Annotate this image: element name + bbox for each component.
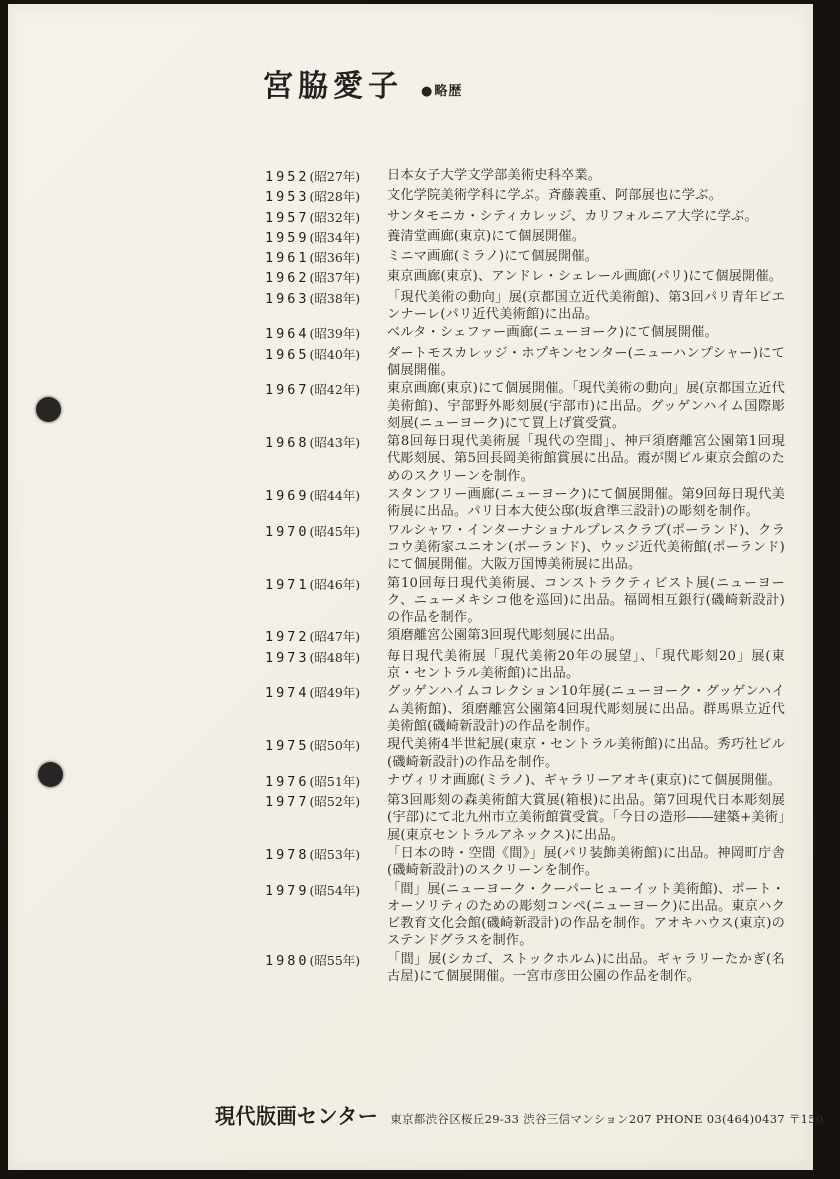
entry-description: ベルタ・シェファー画廊(ニューヨーク)にて個展開催。: [387, 324, 785, 341]
page-header: 宮脇愛子 ●略歴: [263, 70, 462, 103]
entry-year: 1969: [265, 488, 310, 504]
chronology-entry: 1972(昭47年) 須磨離宮公園第3回現代彫刻展に出品。: [265, 627, 785, 646]
chronology-entry: 1968(昭43年) 第8回毎日現代美術展「現代の空間」、神戸須磨離宮公園第1回…: [265, 433, 785, 485]
entry-description: 第3回彫刻の森美術館大賞展(箱根)に出品。第7回現代日本彫刻展(宇部)にて北九州…: [387, 792, 785, 844]
entry-description: スタンフリー画廊(ニューヨーク)にて個展開催。第9回毎日現代美術展に出品。パリ日…: [387, 486, 785, 521]
hole-punch-top: [36, 397, 61, 422]
entry-year-column: 1971(昭46年): [265, 575, 387, 594]
entry-description: 日本女子大学文学部美術史科卒業。: [387, 167, 785, 184]
biography-label-text: 略歴: [434, 84, 462, 99]
chronology-entry: 1967(昭42年) 東京画廊(東京)にて個展開催。「現代美術の動向」展(京都国…: [265, 380, 785, 432]
entry-description: 「間」展(ニューヨーク・クーパーヒューイット美術館)、ポート・オーソリティのため…: [387, 881, 785, 950]
bullet-icon: ●: [421, 84, 433, 99]
entry-year-column: 1972(昭47年): [265, 627, 387, 646]
publisher-logotype: 現代版画センター: [215, 1099, 378, 1129]
entry-year: 1962: [265, 270, 310, 286]
chronology-entry: 1974(昭49年) グッゲンハイムコレクション10年展(ニューヨーク・グッゲン…: [265, 683, 785, 735]
entry-year: 1971: [265, 577, 310, 593]
entry-description: 東京画廊(東京)、アンドレ・シェレール画廊(パリ)にて個展開催。: [387, 268, 785, 285]
entry-description: ワルシャワ・インターナショナルプレスクラブ(ポーランド)、クラコウ美術家ユニオン…: [387, 522, 785, 574]
entry-era: (昭45年): [310, 524, 361, 539]
entry-description: 「間」展(シカゴ、ストックホルム)に出品。ギャラリーたかぎ(名古屋)にて個展開催…: [387, 951, 785, 986]
entry-era: (昭49年): [310, 685, 361, 700]
chronology-entry: 1962(昭37年) 東京画廊(東京)、アンドレ・シェレール画廊(パリ)にて個展…: [265, 268, 785, 287]
entry-year-column: 1980(昭55年): [265, 951, 387, 970]
entry-era: (昭39年): [310, 326, 361, 341]
chronology-entry: 1979(昭54年) 「間」展(ニューヨーク・クーパーヒューイット美術館)、ポー…: [265, 881, 785, 950]
entry-year-column: 1953(昭28年): [265, 187, 387, 206]
chronology-entry: 1973(昭48年) 毎日現代美術展「現代美術20年の展望」、「現代彫刻20」展…: [265, 648, 785, 683]
entry-year: 1963: [265, 291, 310, 307]
entry-description: ミニマ画廊(ミラノ)にて個展開催。: [387, 248, 785, 265]
entry-description: 「現代美術の動向」展(京都国立近代美術館)、第3回パリ青年ビエンナーレ(パリ近代…: [387, 289, 785, 324]
entry-era: (昭46年): [310, 577, 361, 592]
entry-year: 1959: [265, 230, 310, 246]
entry-year-column: 1961(昭36年): [265, 248, 387, 267]
entry-description: 第8回毎日現代美術展「現代の空間」、神戸須磨離宮公園第1回現代彫刻展、第5回長岡…: [387, 433, 785, 485]
entry-year: 1976: [265, 774, 310, 790]
entry-description: 東京画廊(東京)にて個展開催。「現代美術の動向」展(京都国立近代美術館)、宇部野…: [387, 380, 785, 432]
document-page: 宮脇愛子 ●略歴 1952(昭27年) 日本女子大学文学部美術史科卒業。 195…: [8, 4, 813, 1170]
entry-era: (昭32年): [310, 210, 361, 225]
artist-name-title: 宮脇愛子: [263, 70, 403, 103]
entry-description: 毎日現代美術展「現代美術20年の展望」、「現代彫刻20」展(東京・セントラル美術…: [387, 648, 785, 683]
entry-era: (昭40年): [310, 347, 361, 362]
entry-description: ダートモスカレッジ・ホプキンセンター(ニューハンプシャー)にて個展開催。: [387, 345, 785, 380]
entry-year: 1972: [265, 629, 310, 645]
entry-description: 第10回毎日現代美術展、コンストラクティビスト展(ニューヨーク、ニューメキシコ他…: [387, 575, 785, 627]
entry-era: (昭34年): [310, 230, 361, 245]
biography-section-label: ●略歴: [421, 80, 462, 99]
entry-year: 1970: [265, 524, 310, 540]
chronology-list: 1952(昭27年) 日本女子大学文学部美術史科卒業。 1953(昭28年) 文…: [265, 167, 785, 986]
entry-era: (昭28年): [310, 189, 361, 204]
entry-era: (昭38年): [310, 291, 361, 306]
entry-era: (昭51年): [310, 774, 361, 789]
entry-year: 1952: [265, 169, 310, 185]
publisher-address: 東京都渋谷区桜丘29-33 渋谷三信マンション207 PHONE 03(464)…: [390, 1111, 823, 1127]
entry-year: 1977: [265, 794, 310, 810]
chronology-entry: 1975(昭50年) 現代美術4半世紀展(東京・セントラル美術館)に出品。秀巧社…: [265, 736, 785, 771]
entry-year-column: 1968(昭43年): [265, 433, 387, 452]
entry-era: (昭36年): [310, 250, 361, 265]
chronology-entry: 1970(昭45年) ワルシャワ・インターナショナルプレスクラブ(ポーランド)、…: [265, 522, 785, 574]
entry-year-column: 1974(昭49年): [265, 683, 387, 702]
entry-year-column: 1979(昭54年): [265, 881, 387, 900]
entry-year-column: 1970(昭45年): [265, 522, 387, 541]
entry-description: 「日本の時・空間《間》」展(パリ装飾美術館)に出品。神岡町庁舎(磯崎新設計)のス…: [387, 845, 785, 880]
chronology-entry: 1964(昭39年) ベルタ・シェファー画廊(ニューヨーク)にて個展開催。: [265, 324, 785, 343]
entry-era: (昭55年): [310, 953, 361, 968]
entry-year-column: 1959(昭34年): [265, 228, 387, 247]
entry-year: 1965: [265, 347, 310, 363]
entry-year-column: 1964(昭39年): [265, 324, 387, 343]
scanned-page-background: { "page": { "artist_name": "宮脇愛子", "subt…: [0, 0, 840, 1179]
entry-year-column: 1962(昭37年): [265, 268, 387, 287]
entry-year-column: 1973(昭48年): [265, 648, 387, 667]
entry-description: 養清堂画廊(東京)にて個展開催。: [387, 228, 785, 245]
chronology-entry: 1978(昭53年) 「日本の時・空間《間》」展(パリ装飾美術館)に出品。神岡町…: [265, 845, 785, 880]
entry-year-column: 1952(昭27年): [265, 167, 387, 186]
entry-year: 1978: [265, 847, 310, 863]
entry-year: 1979: [265, 883, 310, 899]
entry-year: 1974: [265, 685, 310, 701]
entry-year: 1953: [265, 189, 310, 205]
entry-year-column: 1976(昭51年): [265, 772, 387, 791]
chronology-entry: 1963(昭38年) 「現代美術の動向」展(京都国立近代美術館)、第3回パリ青年…: [265, 289, 785, 324]
entry-year-column: 1978(昭53年): [265, 845, 387, 864]
entry-era: (昭52年): [310, 794, 361, 809]
entry-era: (昭50年): [310, 738, 361, 753]
chronology-entry: 1952(昭27年) 日本女子大学文学部美術史科卒業。: [265, 167, 785, 186]
entry-era: (昭37年): [310, 270, 361, 285]
entry-era: (昭53年): [310, 847, 361, 862]
entry-era: (昭42年): [310, 382, 361, 397]
entry-description: ナヴィリオ画廊(ミラノ)、ギャラリーアオキ(東京)にて個展開催。: [387, 772, 785, 789]
entry-year-column: 1957(昭32年): [265, 208, 387, 227]
entry-era: (昭43年): [310, 435, 361, 450]
chronology-entry: 1980(昭55年) 「間」展(シカゴ、ストックホルム)に出品。ギャラリーたかぎ…: [265, 951, 785, 986]
entry-year-column: 1963(昭38年): [265, 289, 387, 308]
entry-description: 現代美術4半世紀展(東京・セントラル美術館)に出品。秀巧社ビル(磯崎新設計)の作…: [387, 736, 785, 771]
entry-era: (昭44年): [310, 488, 361, 503]
entry-year: 1980: [265, 953, 310, 969]
entry-description: 文化学院美術学科に学ぶ。斉藤義重、阿部展也に学ぶ。: [387, 187, 785, 204]
entry-year-column: 1967(昭42年): [265, 380, 387, 399]
entry-year: 1973: [265, 650, 310, 666]
entry-year-column: 1969(昭44年): [265, 486, 387, 505]
chronology-entry: 1957(昭32年) サンタモニカ・シティカレッジ、カリフォルニア大学に学ぶ。: [265, 208, 785, 227]
entry-year-column: 1965(昭40年): [265, 345, 387, 364]
chronology-entry: 1976(昭51年) ナヴィリオ画廊(ミラノ)、ギャラリーアオキ(東京)にて個展…: [265, 772, 785, 791]
entry-era: (昭47年): [310, 629, 361, 644]
entry-description: 須磨離宮公園第3回現代彫刻展に出品。: [387, 627, 785, 644]
entry-description: グッゲンハイムコレクション10年展(ニューヨーク・グッゲンハイム美術館)、須磨離…: [387, 683, 785, 735]
entry-year-column: 1977(昭52年): [265, 792, 387, 811]
entry-year: 1961: [265, 250, 310, 266]
entry-era: (昭48年): [310, 650, 361, 665]
entry-year: 1964: [265, 326, 310, 342]
chronology-entry: 1961(昭36年) ミニマ画廊(ミラノ)にて個展開催。: [265, 248, 785, 267]
entry-year: 1975: [265, 738, 310, 754]
chronology-entry: 1953(昭28年) 文化学院美術学科に学ぶ。斉藤義重、阿部展也に学ぶ。: [265, 187, 785, 206]
entry-year: 1967: [265, 382, 310, 398]
entry-era: (昭27年): [310, 169, 361, 184]
chronology-entry: 1977(昭52年) 第3回彫刻の森美術館大賞展(箱根)に出品。第7回現代日本彫…: [265, 792, 785, 844]
entry-year: 1968: [265, 435, 310, 451]
chronology-entry: 1971(昭46年) 第10回毎日現代美術展、コンストラクティビスト展(ニューヨ…: [265, 575, 785, 627]
publisher-footer: 現代版画センター 東京都渋谷区桜丘29-33 渋谷三信マンション207 PHON…: [215, 1100, 824, 1129]
entry-era: (昭54年): [310, 883, 361, 898]
entry-year-column: 1975(昭50年): [265, 736, 387, 755]
chronology-entry: 1959(昭34年) 養清堂画廊(東京)にて個展開催。: [265, 228, 785, 247]
chronology-entry: 1969(昭44年) スタンフリー画廊(ニューヨーク)にて個展開催。第9回毎日現…: [265, 486, 785, 521]
entry-description: サンタモニカ・シティカレッジ、カリフォルニア大学に学ぶ。: [387, 208, 785, 225]
entry-year: 1957: [265, 210, 310, 226]
hole-punch-bottom: [38, 762, 63, 787]
chronology-entry: 1965(昭40年) ダートモスカレッジ・ホプキンセンター(ニューハンプシャー)…: [265, 345, 785, 380]
